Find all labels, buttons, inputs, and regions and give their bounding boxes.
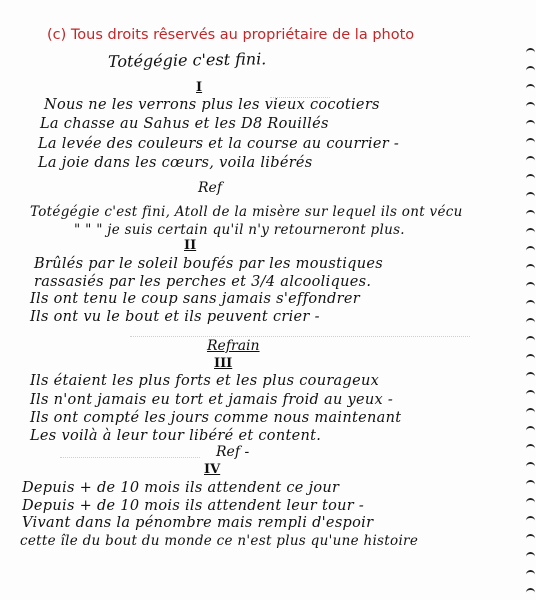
stanza-3-line-2: Ils n'ont jamais eu tort et jamais froid… (30, 392, 393, 408)
stanza-1-line-4: La joie dans les cœurs, voila libérés (38, 155, 313, 171)
stanza-numeral-3: III (214, 356, 232, 371)
stanza-1-line-2: La chasse au Sahus et les D8 Rouillés (40, 116, 329, 132)
refrain-label-2: Refrain (207, 338, 260, 354)
stanza-numeral-1: I (196, 80, 202, 95)
stanza-4-line-1: Depuis + de 10 mois ils attendent ce jou… (22, 480, 339, 496)
refrain-line-1: Totégégie c'est fini, Atoll de la misère… (30, 204, 463, 220)
refrain-line-2: " " " je suis certain qu'il n'y retourne… (74, 222, 405, 238)
stanza-3-line-3: Ils ont compté les jours comme nous main… (30, 410, 401, 426)
stanza-2-line-2: rassasiés par les perches et 3/4 alcooli… (34, 274, 371, 290)
stanza-4-line-2: Depuis + de 10 mois ils attendent leur t… (22, 498, 364, 514)
stanza-3-line-4: Les voilà à leur tour libéré et content. (30, 428, 321, 444)
stanza-2-line-4: Ils ont vu le bout et ils peuvent crier … (30, 309, 320, 325)
stanza-numeral-2: II (184, 238, 196, 253)
refrain-label-1: Ref (198, 180, 222, 196)
stanza-3-line-1: Ils étaient les plus forts et les plus c… (30, 373, 379, 389)
stanza-4-line-3: Vivant dans la pénombre mais rempli d'es… (22, 515, 373, 531)
stanza-4-line-4: cette île du bout du monde ce n'est plus… (20, 533, 418, 549)
stanza-numeral-4: IV (204, 462, 220, 477)
scan-artifact (130, 336, 470, 337)
copyright-watermark: (c) Tous droits rêservés au propriétaire… (47, 27, 414, 43)
stanza-2-line-1: Brûlés par le soleil boufés par les mous… (34, 256, 383, 272)
notebook-binding (522, 30, 536, 600)
stanza-2-line-3: Ils ont tenu le coup sans jamais s'effon… (30, 291, 360, 307)
scan-artifact (60, 457, 200, 458)
stanza-1-line-3: La levée des couleurs et la course au co… (38, 136, 399, 152)
refrain-label-3: Ref - (216, 444, 249, 460)
song-title: Totégégie c'est fini. (108, 49, 267, 71)
scanned-page: (c) Tous droits rêservés au propriétaire… (0, 0, 536, 600)
scan-artifact (270, 97, 330, 98)
stanza-1-line-1: Nous ne les verrons plus les vieux cocot… (44, 97, 380, 113)
